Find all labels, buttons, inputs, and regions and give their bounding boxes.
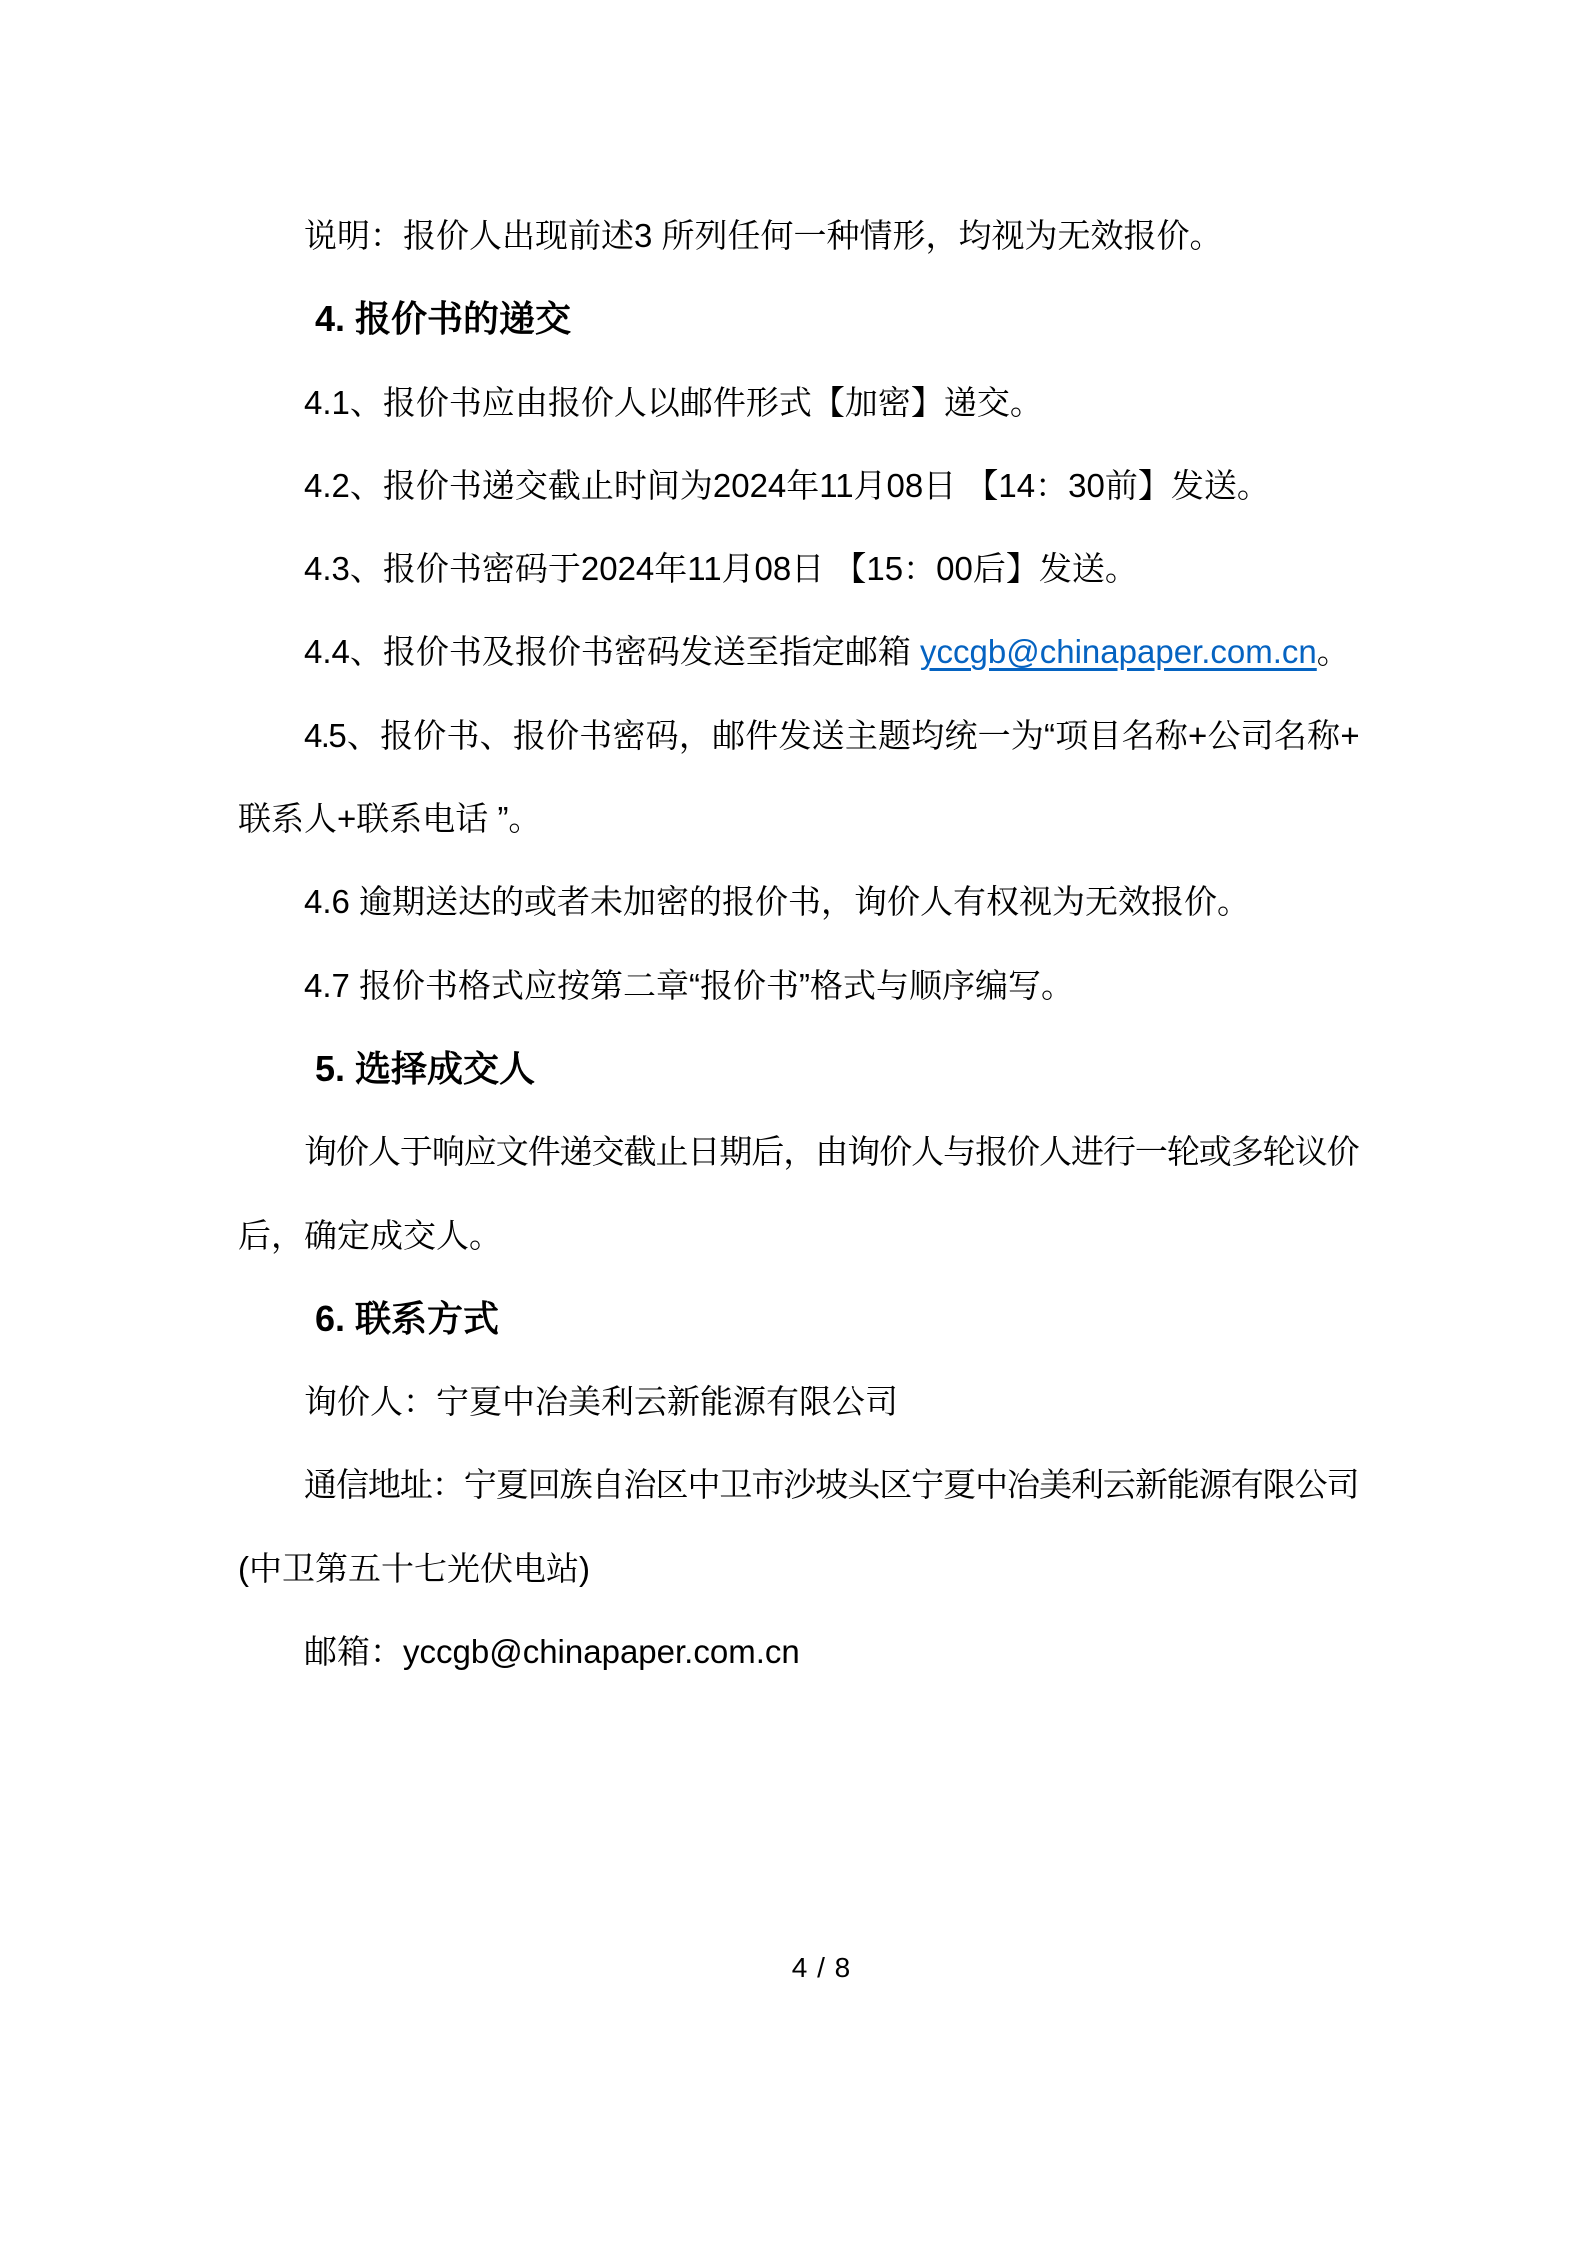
paragraph-note-invalid-quote: 说明：报价人出现前述3 所列任何一种情形，均视为无效报价。 [238,194,1358,277]
paragraph-4-4: 4.4、报价书及报价书密码发送至指定邮箱 yccgb@chinapaper.co… [238,610,1358,693]
paragraph-4-2: 4.2、报价书递交截止时间为2024年11月08日 【14：30前】发送。 [238,444,1358,527]
paragraph-4-5-line2: 联系人+联系电话 ”。 [238,777,1358,860]
document-page: 说明：报价人出现前述3 所列任何一种情形，均视为无效报价。 4. 报价书的递交 … [0,0,1587,2245]
paragraph-4-3: 4.3、报价书密码于2024年11月08日 【15：00后】发送。 [238,527,1358,610]
paragraph-inquirer-name: 询价人：宁夏中冶美利云新能源有限公司 [238,1360,1358,1443]
paragraph-mailing-address-line2: (中卫第五十七光伏电站) [238,1527,1358,1610]
page-content: 说明：报价人出现前述3 所列任何一种情形，均视为无效报价。 4. 报价书的递交 … [238,194,1358,1693]
paragraph-4-4-text: 4.4、报价书及报价书密码发送至指定邮箱 [304,633,920,670]
paragraph-contact-email: 邮箱：yccgb@chinapaper.com.cn [238,1610,1358,1693]
heading-section-5-winner-selection: 5. 选择成交人 [238,1027,1358,1110]
paragraph-5-body-line2: 后，确定成交人。 [238,1194,1358,1277]
paragraph-4-4-period: 。 [1317,633,1350,670]
paragraph-4-1: 4.1、报价书应由报价人以邮件形式【加密】递交。 [238,361,1358,444]
paragraph-mailing-address-line1: 通信地址：宁夏回族自治区中卫市沙坡头区宁夏中冶美利云新能源有限公司 [238,1443,1358,1526]
paragraph-4-5-line1: 4.5、报价书、报价书密码，邮件发送主题均统一为“项目名称+公司名称+ [238,694,1358,777]
footer-page-number: 4 / 8 [28,1948,1587,1988]
heading-section-4-submission: 4. 报价书的递交 [238,277,1358,360]
paragraph-5-body-line1: 询价人于响应文件递交截止日期后，由询价人与报价人进行一轮或多轮议价 [238,1110,1358,1193]
email-link[interactable]: yccgb@chinapaper.com.cn [920,633,1317,670]
paragraph-4-7: 4.7 报价书格式应按第二章“报价书”格式与顺序编写。 [238,944,1358,1027]
paragraph-4-6: 4.6 逾期送达的或者未加密的报价书，询价人有权视为无效报价。 [238,860,1358,943]
heading-section-6-contact: 6. 联系方式 [238,1277,1358,1360]
